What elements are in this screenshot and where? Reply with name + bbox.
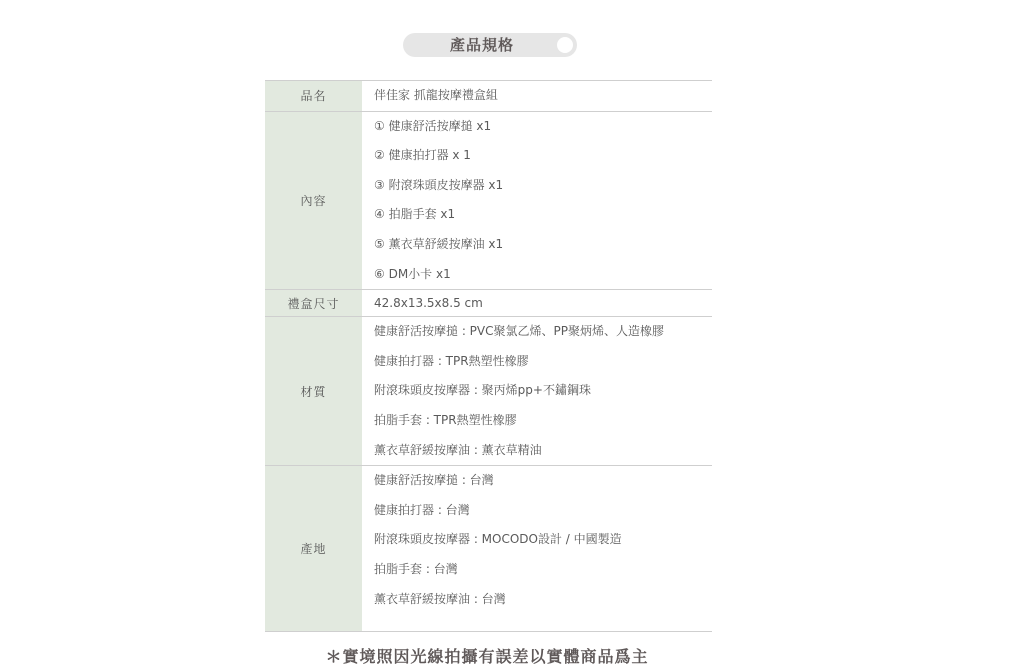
row-label: 內容 [265,111,362,290]
row-label: 禮盒尺寸 [265,290,362,317]
table-row-product-name: 品名 伴佳家 抓龍按摩禮盒組 [265,81,712,112]
spec-table: 品名 伴佳家 抓龍按摩禮盒組 內容 ① 健康舒活按摩搥 x1 ② 健康拍打器 x… [265,80,712,632]
row-label: 產地 [265,466,362,632]
section-title: 產品規格 [403,33,577,57]
list-item: ④ 拍脂手套 x1 [374,200,712,230]
list-item: ⑥ DM小卡 x1 [374,260,712,290]
list-item: 健康舒活按摩搥 : 台灣 [374,466,712,496]
list-item: ① 健康舒活按摩搥 x1 [374,112,712,142]
list-item: 附滾珠頭皮按摩器 : MOCODO設計 / 中國製造 [374,525,712,555]
row-label: 品名 [265,81,362,112]
table-row-box-size: 禮盒尺寸 42.8x13.5x8.5 cm [265,290,712,317]
list-item: ② 健康拍打器 x 1 [374,141,712,171]
list-item: 薰衣草舒緩按摩油 : 薰衣草精油 [374,436,712,466]
list-item: 健康舒活按摩搥 : PVC聚氯乙烯、PP聚炳烯、人造橡膠 [374,317,712,347]
section-title-pill: 產品規格 [403,33,577,57]
list-item: ③ 附滾珠頭皮按摩器 x1 [374,171,712,201]
row-label: 材質 [265,317,362,466]
row-value: 伴佳家 抓龍按摩禮盒組 [374,81,712,111]
table-row-contents: 內容 ① 健康舒活按摩搥 x1 ② 健康拍打器 x 1 ③ 附滾珠頭皮按摩器 x… [265,111,712,290]
list-item: 附滾珠頭皮按摩器 : 聚丙烯pp+不鏽鋼珠 [374,376,712,406]
list-item: 拍脂手套 : 台灣 [374,555,712,585]
toggle-knob-icon [557,37,573,53]
list-item: 健康拍打器 : 台灣 [374,496,712,526]
list-item: 拍脂手套 : TPR熱塑性橡膠 [374,406,712,436]
list-item: 健康拍打器 : TPR熱塑性橡膠 [374,347,712,377]
list-item: 薰衣草舒緩按摩油 : 台灣 [374,585,712,615]
footnote: ＊實境照因光線拍攝有誤差以實體商品爲主 [0,644,974,664]
list-item: ⑤ 薰衣草舒緩按摩油 x1 [374,230,712,260]
table-row-material: 材質 健康舒活按摩搥 : PVC聚氯乙烯、PP聚炳烯、人造橡膠 健康拍打器 : … [265,317,712,466]
row-value: 42.8x13.5x8.5 cm [374,290,712,316]
table-row-origin: 產地 健康舒活按摩搥 : 台灣 健康拍打器 : 台灣 附滾珠頭皮按摩器 : MO… [265,466,712,632]
